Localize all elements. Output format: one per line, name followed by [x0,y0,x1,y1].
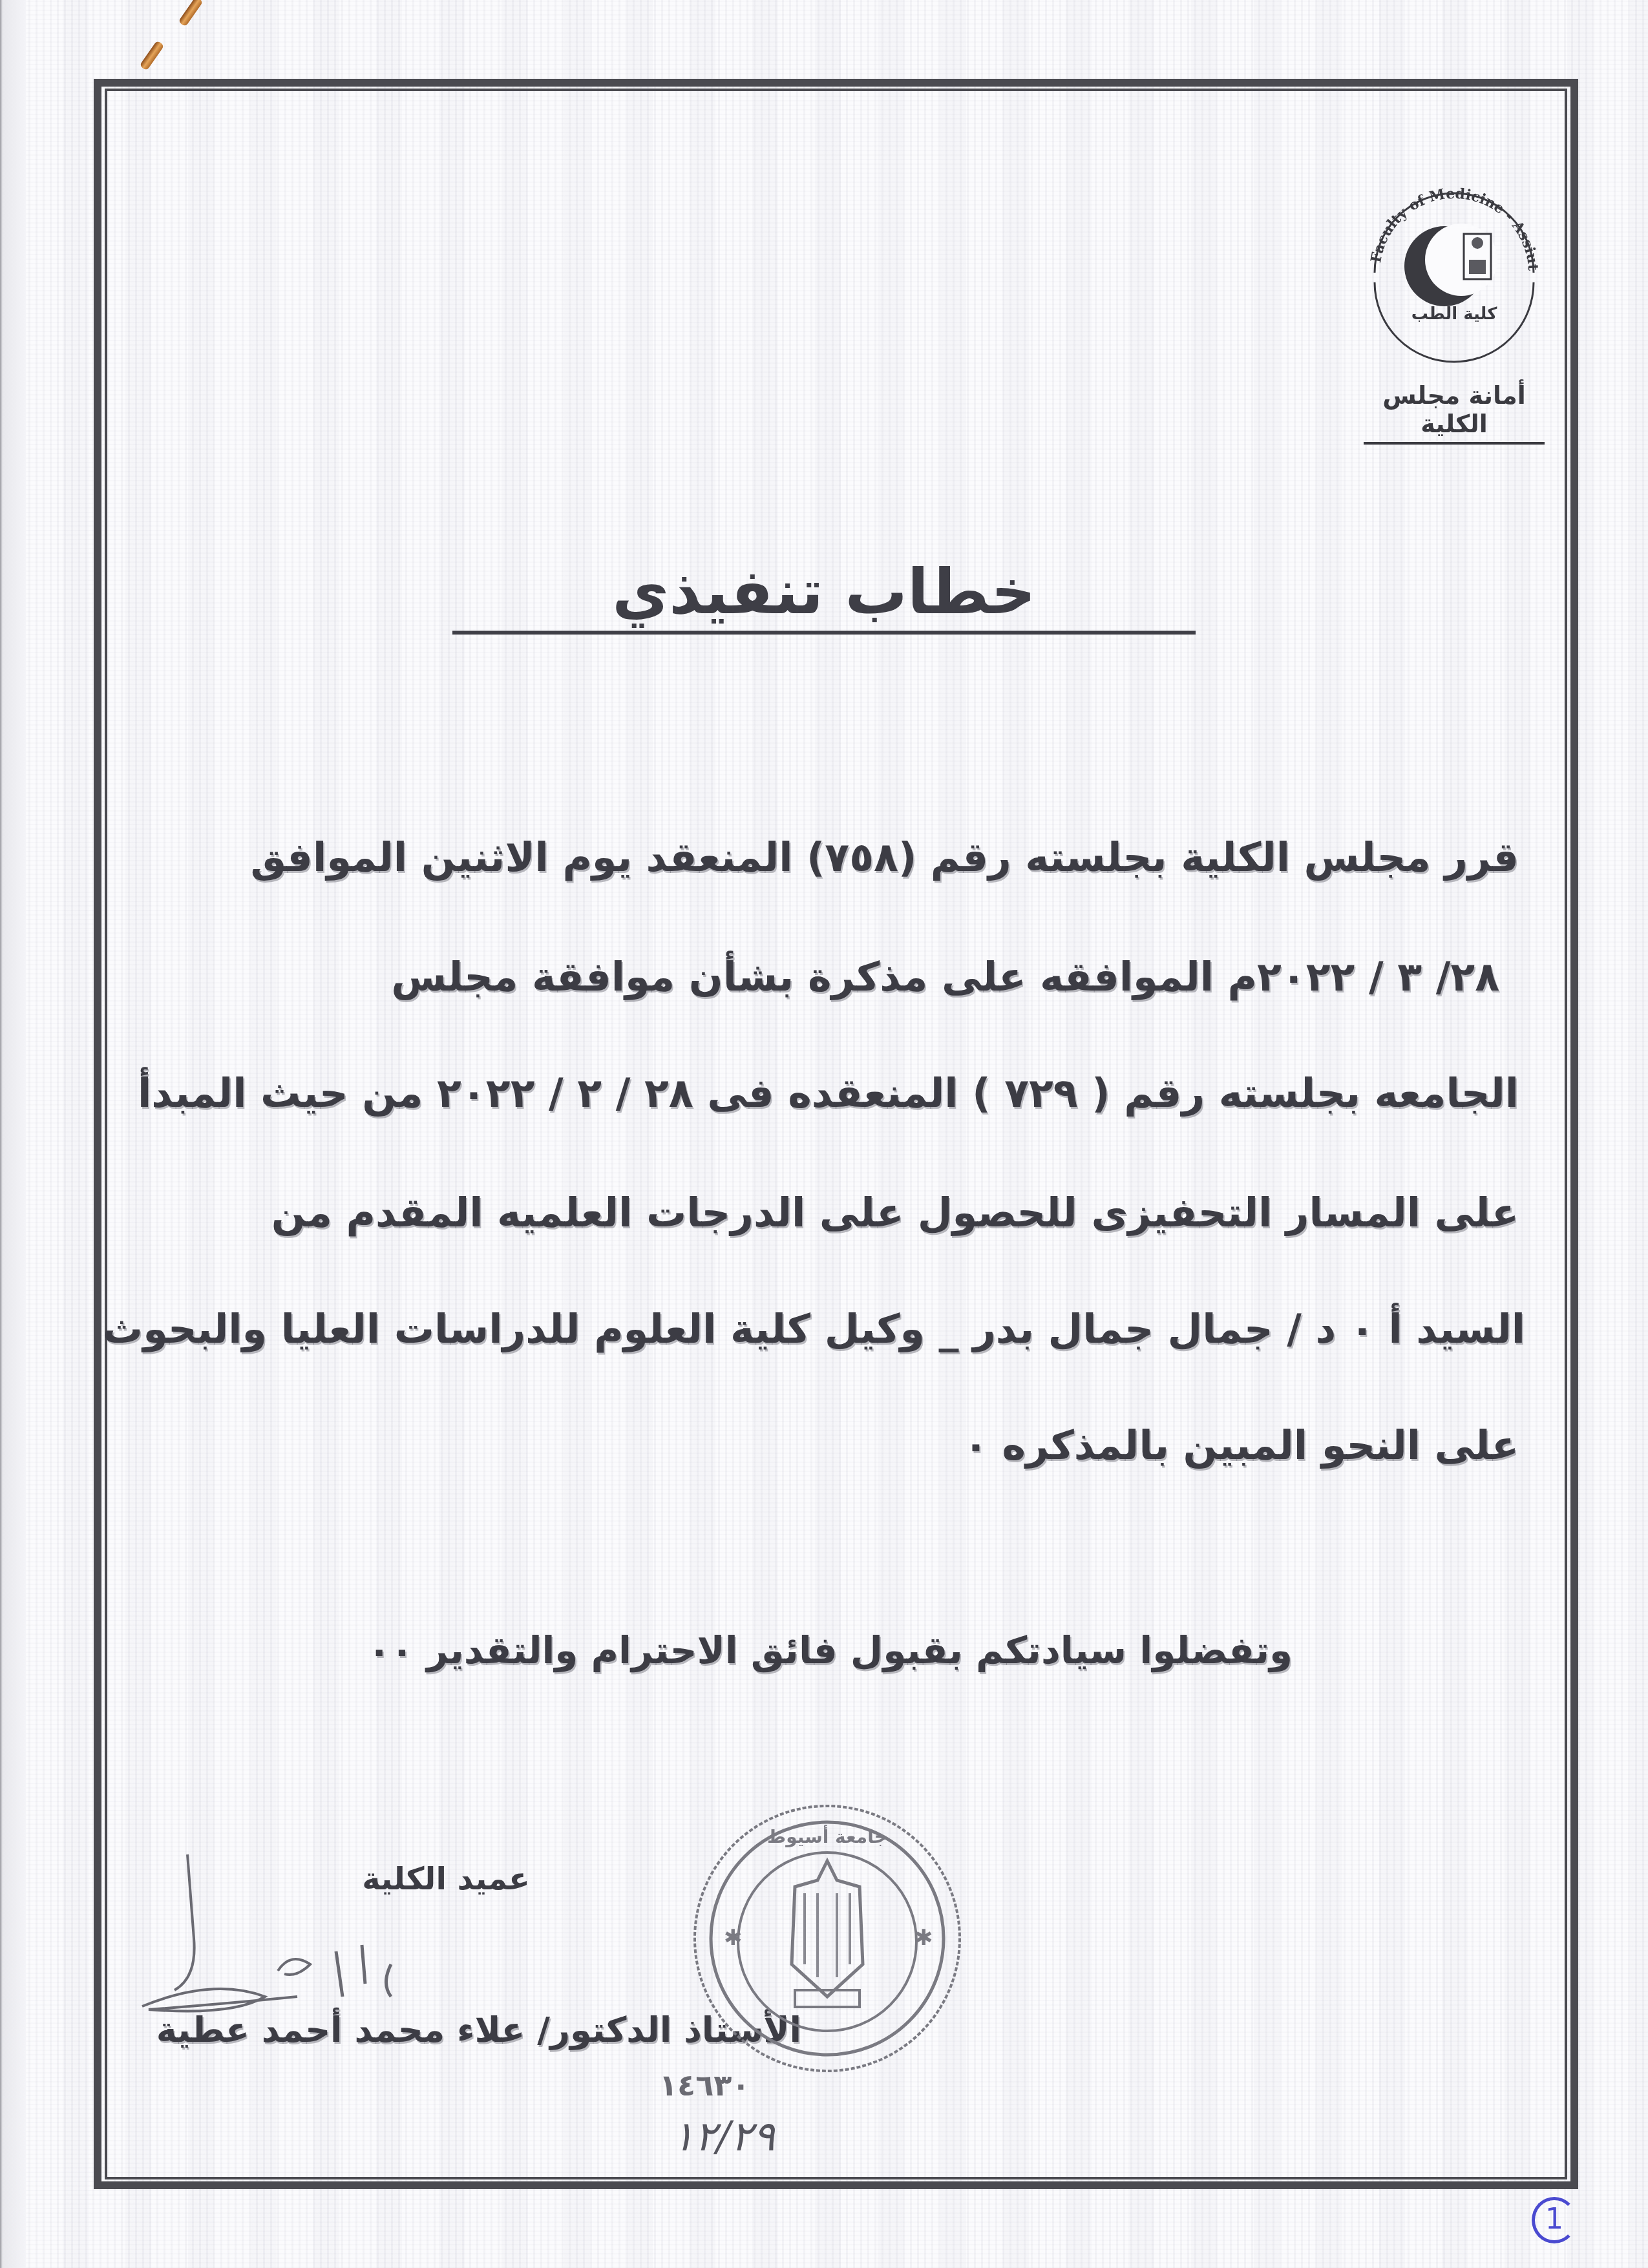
body-line: ٢٨/ ٣ / ٢٠٢٢م الموافقه على مذكرة بشأن مو… [391,953,1499,1000]
crescent-icon: Faculty of Medicine - Assiut University … [1360,176,1548,363]
body-line: قرر مجلس الكلية بجلسته رقم (٧٥٨) المنعقد… [250,834,1519,881]
closing-line: وتفضلوا سيادتكم بقبول فائق الاحترام والت… [368,1628,1293,1672]
staple-icon [178,0,204,27]
signature-icon [136,1848,407,2029]
body-line: الجامعه بجلسته رقم ( ٧٢٩ ) المنعقده فى ٢… [138,1069,1519,1117]
body-line: على النحو المبين بالمذكره ٠ [964,1422,1519,1469]
reference-stamp: ١٤٦٣٠ [659,2068,750,2103]
eagle-seal-icon: ✱ ✱ جامعة أسيوط [666,1803,969,2113]
faculty-logo: Faculty of Medicine - Assiut University … [1360,176,1548,363]
svg-text:جامعة أسيوط: جامعة أسيوط [767,1825,887,1847]
svg-text:كلية الطب: كلية الطب [1411,304,1498,324]
body-line: السيد أ ٠ د / جمال جمال بدر _ وكيل كلية … [103,1305,1525,1352]
handwritten-date: ١٢/٢٩ [672,2113,905,2184]
body-line: على المسار التحفيزى للحصول على الدرجات ا… [271,1189,1519,1236]
scan-edge [0,0,26,2268]
page-number: 1 [1532,2197,1577,2243]
svg-text:✱: ✱ [724,1925,743,1951]
staple-icon [140,40,165,70]
svg-text:✱: ✱ [914,1925,933,1951]
office-label: أمانة مجلس الكلية [1364,381,1545,445]
document-title: خطاب تنفيذي [452,556,1196,635]
